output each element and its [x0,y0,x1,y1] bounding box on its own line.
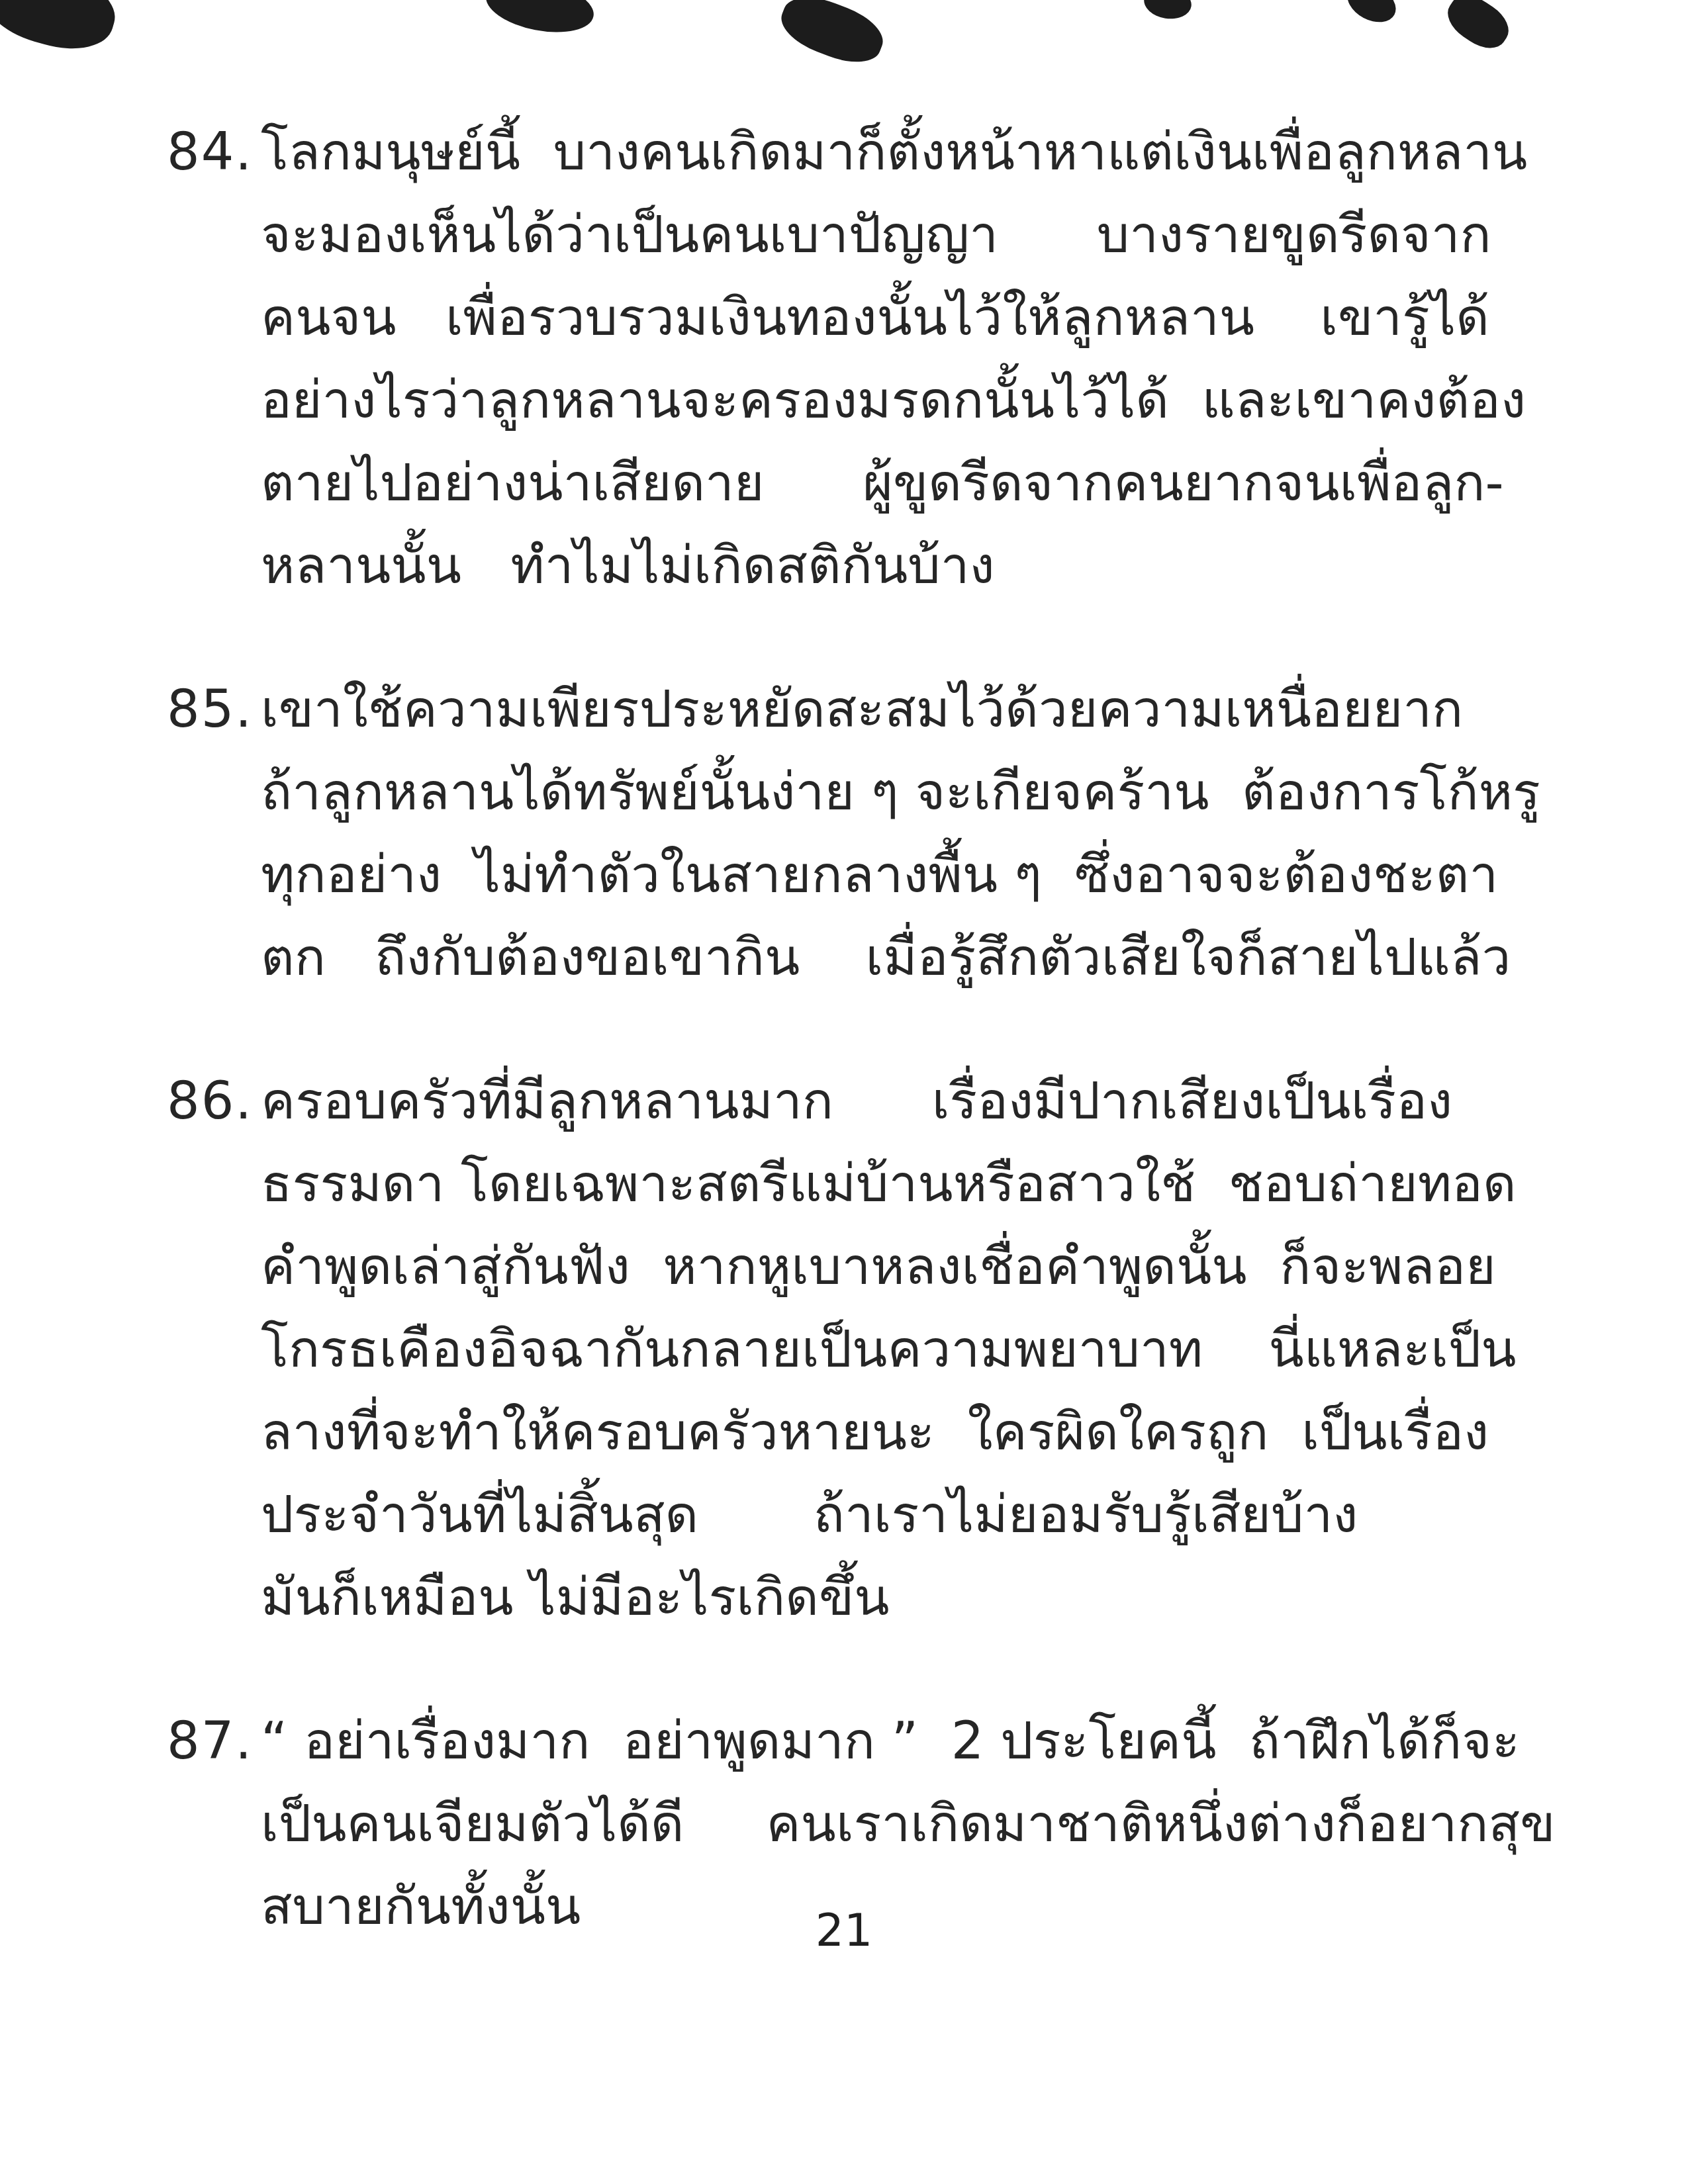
paragraph-line: ตายไปอย่างน่าเสียดาย ผู้ขูดรีดจากคนยากจน… [261,442,1577,525]
paragraph-line: มันก็เหมือน ไม่มีอะไรเกิดขึ้น [261,1557,1577,1639]
document-page: 84.โลกมนุษย์นี้ บางคนเกิดมาก็ตั้งหน้าหาแ… [0,0,1688,2184]
paragraph-line: อย่างไรว่าลูกหลานจะครองมรดกนั้นไว้ได้ แล… [261,359,1577,442]
paragraph-number: 85. [167,668,253,751]
text-body: 84.โลกมนุษย์นี้ บางคนเกิดมาก็ตั้งหน้าหาแ… [167,111,1577,1948]
scan-artifact [0,0,124,61]
paragraph-number: 87. [167,1700,253,1783]
paragraph-line: ครอบครัวที่มีลูกหลานมาก เรื่องมีปากเสียง… [261,1060,1577,1143]
paragraph-number: 84. [167,111,253,194]
paragraph-line: คำพูดเล่าสู่กันฟัง หากหูเบาหลงเชื่อคำพูด… [261,1226,1577,1308]
paragraph-line: ทุกอย่าง ไม่ทำตัวในสายกลางพื้น ๆ ซึ่งอาจ… [261,834,1577,917]
scan-artifact [1142,0,1194,22]
paragraph-line: ถ้าลูกหลานได้ทรัพย์นั้นง่าย ๆ จะเกียจคร้… [261,751,1577,834]
paragraph-line: ตก ถึงกับต้องขอเขากิน เมื่อรู้สึกตัวเสีย… [261,917,1577,999]
paragraph: 85.เขาใช้ความเพียรประหยัดสะสมไว้ด้วยความ… [167,668,1577,999]
paragraph-line: โลกมนุษย์นี้ บางคนเกิดมาก็ตั้งหน้าหาแต่เ… [261,111,1577,194]
paragraph-line: หลานนั้น ทำไมไม่เกิดสติกันบ้าง [261,525,1577,608]
paragraph-number: 86. [167,1060,253,1143]
scan-artifact [1440,0,1517,57]
scan-artifact [481,0,598,40]
paragraph-line: ประจำวันที่ไม่สิ้นสุด ถ้าเราไม่ยอมรับรู้… [261,1474,1577,1557]
paragraph-line: ธรรมดา โดยเฉพาะสตรีแม่บ้านหรือสาวใช้ ชอบ… [261,1143,1577,1226]
paragraph-line: จะมองเห็นได้ว่าเป็นคนเบาปัญญา บางรายขูดร… [261,194,1577,277]
scan-artifact [774,0,890,73]
paragraph-line: “ อย่าเรื่องมาก อย่าพูดมาก ” 2 ประโยคนี้… [261,1700,1577,1783]
paragraph: 86.ครอบครัวที่มีลูกหลานมาก เรื่องมีปากเส… [167,1060,1577,1639]
paragraph-line: โกรธเคืองอิจฉากันกลายเป็นความพยาบาท นี่แ… [261,1308,1577,1391]
page-number: 21 [0,1905,1688,1958]
scan-artifact [1340,0,1402,30]
paragraph-line: เขาใช้ความเพียรประหยัดสะสมไว้ด้วยความเหน… [261,668,1577,751]
paragraph: 84.โลกมนุษย์นี้ บางคนเกิดมาก็ตั้งหน้าหาแ… [167,111,1577,608]
paragraph-line: คนจน เพื่อรวบรวมเงินทองนั้นไว้ให้ลูกหลาน… [261,277,1577,359]
paragraph-line: เป็นคนเจียมตัวได้ดี คนเราเกิดมาชาติหนึ่ง… [261,1783,1577,1866]
paragraph-line: ลางที่จะทำให้ครอบครัวหายนะ ใครผิดใครถูก … [261,1391,1577,1474]
